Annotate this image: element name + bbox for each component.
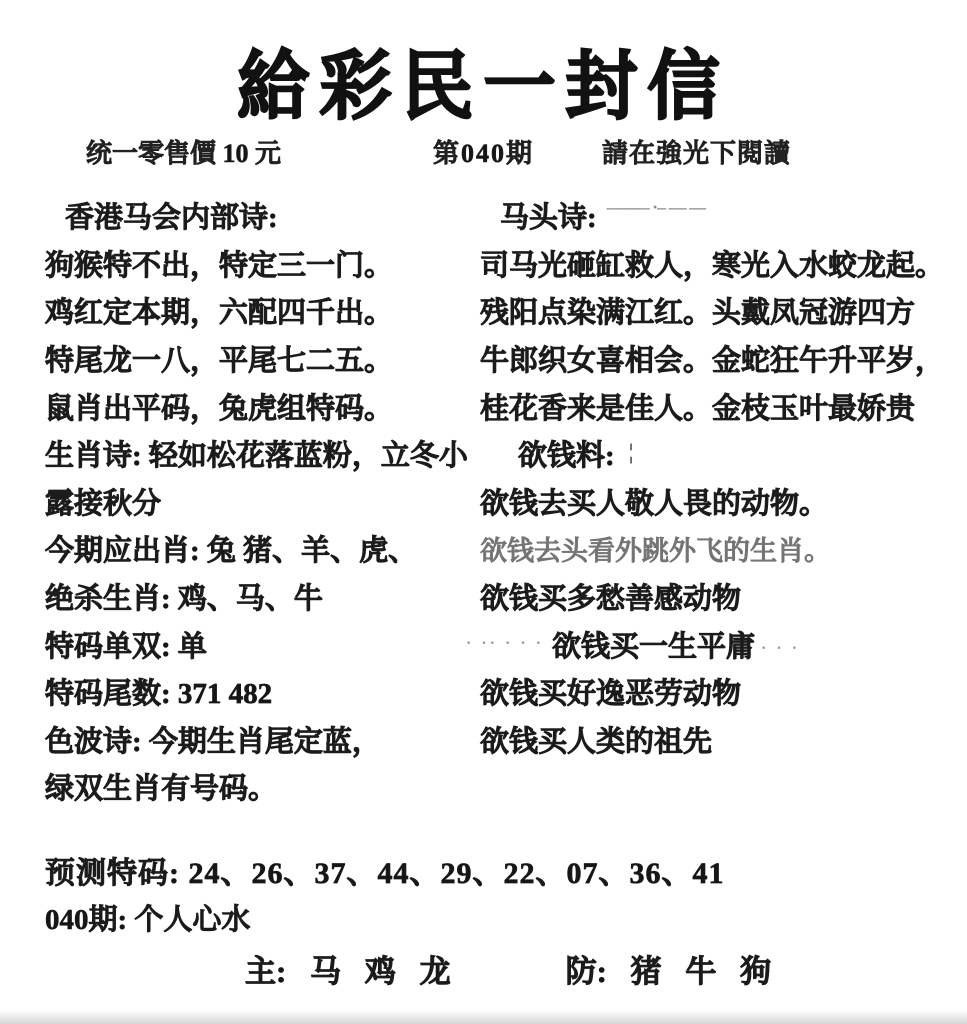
color-wave-line: 绿双生肖有号码。 xyxy=(45,763,480,811)
poem-line: 鸡红定本期，六配四千出。 xyxy=(45,287,480,335)
money-clue-heading-row: 欲钱料: ¦ xyxy=(480,430,967,478)
money-clue-line-faded: 欲钱去头看外跳外飞的生肖。 xyxy=(480,525,967,573)
zodiac-poem-line: 露接秋分 xyxy=(45,478,480,526)
tail-numbers-line: 特码尾数: 371 482 xyxy=(45,668,480,716)
money-clue-line: 欲钱买多愁善感动物 xyxy=(480,573,967,621)
money-clue-line: 欲钱去买人敬人畏的动物。 xyxy=(480,478,967,526)
personal-pick-label: 040期: 个人心水 xyxy=(45,894,967,940)
right-section-heading: 马头诗: xyxy=(500,195,597,236)
predicted-special-numbers: 预测特码: 24、26、37、44、29、22、07、36、41 xyxy=(45,845,967,894)
subheader-row: 统一零售價 10 元 第040期 請在強光下閱讀 xyxy=(0,133,967,169)
scan-smudge-artifact xyxy=(0,1010,967,1024)
footer-block: 预测特码: 24、26、37、44、29、22、07、36、41 040期: 个… xyxy=(45,845,967,991)
money-clue-line: 欲钱买人类的祖先 xyxy=(480,716,967,764)
color-wave-line: 色波诗: 今期生肖尾定蓝， xyxy=(45,716,480,764)
right-section-heading-row: 马头诗: —–— ·– — –– xyxy=(480,192,967,240)
zodiac-poem-line: 生肖诗: 轻如松花落蓝粉，立冬小 xyxy=(45,430,480,478)
money-clue-heading: 欲钱料: xyxy=(518,433,615,474)
poem-line: 司马光砸缸救人，寒光入水蛟龙起。 xyxy=(480,240,967,288)
money-clue-line: 欲钱买好逸恶劳动物 xyxy=(480,668,967,716)
left-column: 香港马会内部诗: 狗猴特不出，特定三一门。 鸡红定本期，六配四千出。 特尾龙一八… xyxy=(45,192,480,811)
main-zodiac-picks: 主: 马 鸡 龙 xyxy=(245,946,451,991)
money-clue-line-with-artifacts: · ·· · · · 欲钱买一生平庸 · · · xyxy=(480,620,967,668)
poem-line: 牛郎织女喜相会。金蛇狂午升平岁， xyxy=(480,335,967,383)
scan-dots-artifact: · ·· · · · xyxy=(466,635,544,653)
scan-dots-artifact: · · · xyxy=(761,640,800,658)
right-column: 马头诗: —–— ·– — –– 司马光砸缸救人，寒光入水蛟龙起。 残阳点染满江… xyxy=(480,192,967,763)
money-clue-line: 欲钱买一生平庸 xyxy=(552,624,755,665)
poem-line: 鼠肖出平码，兔虎组特码。 xyxy=(45,382,480,430)
retail-price-label: 统一零售價 10 元 xyxy=(86,133,281,170)
page-title: 給彩民一封信 xyxy=(0,26,967,134)
poem-line: 特尾龙一八，平尾七二五。 xyxy=(45,335,480,383)
poem-line: 狗猴特不出，特定三一门。 xyxy=(45,240,480,288)
issue-number-label: 第040期 xyxy=(433,133,534,170)
odd-even-line: 特码单双: 单 xyxy=(45,620,480,668)
left-section-heading: 香港马会内部诗: xyxy=(65,192,480,240)
reading-notice-label: 請在強光下閱讀 xyxy=(602,133,791,170)
poem-line: 桂花香来是佳人。金枝玉叶最娇贵 xyxy=(480,382,967,430)
poem-line: 残阳点染满江红。头戴凤冠游四方 xyxy=(480,287,967,335)
body-columns: 香港马会内部诗: 狗猴特不出，特定三一门。 鸡红定本期，六配四千出。 特尾龙一八… xyxy=(45,192,967,811)
scan-tick-artifact: ¦ xyxy=(629,439,634,465)
guard-zodiac-picks: 防: 猪 牛 狗 xyxy=(566,946,772,991)
excluded-zodiac-line: 绝杀生肖: 鸡、马、牛 xyxy=(45,573,480,621)
scan-line-artifact: —–— ·– — –– xyxy=(607,197,706,218)
scanned-lottery-letter-page: 給彩民一封信 统一零售價 10 元 第040期 請在強光下閱讀 香港马会内部诗:… xyxy=(0,0,967,1024)
main-guard-row: 主: 马 鸡 龙 防: 猪 牛 狗 xyxy=(245,946,967,991)
expected-zodiac-line: 今期应出肖: 兔 猪、羊、虎、 xyxy=(45,525,480,573)
